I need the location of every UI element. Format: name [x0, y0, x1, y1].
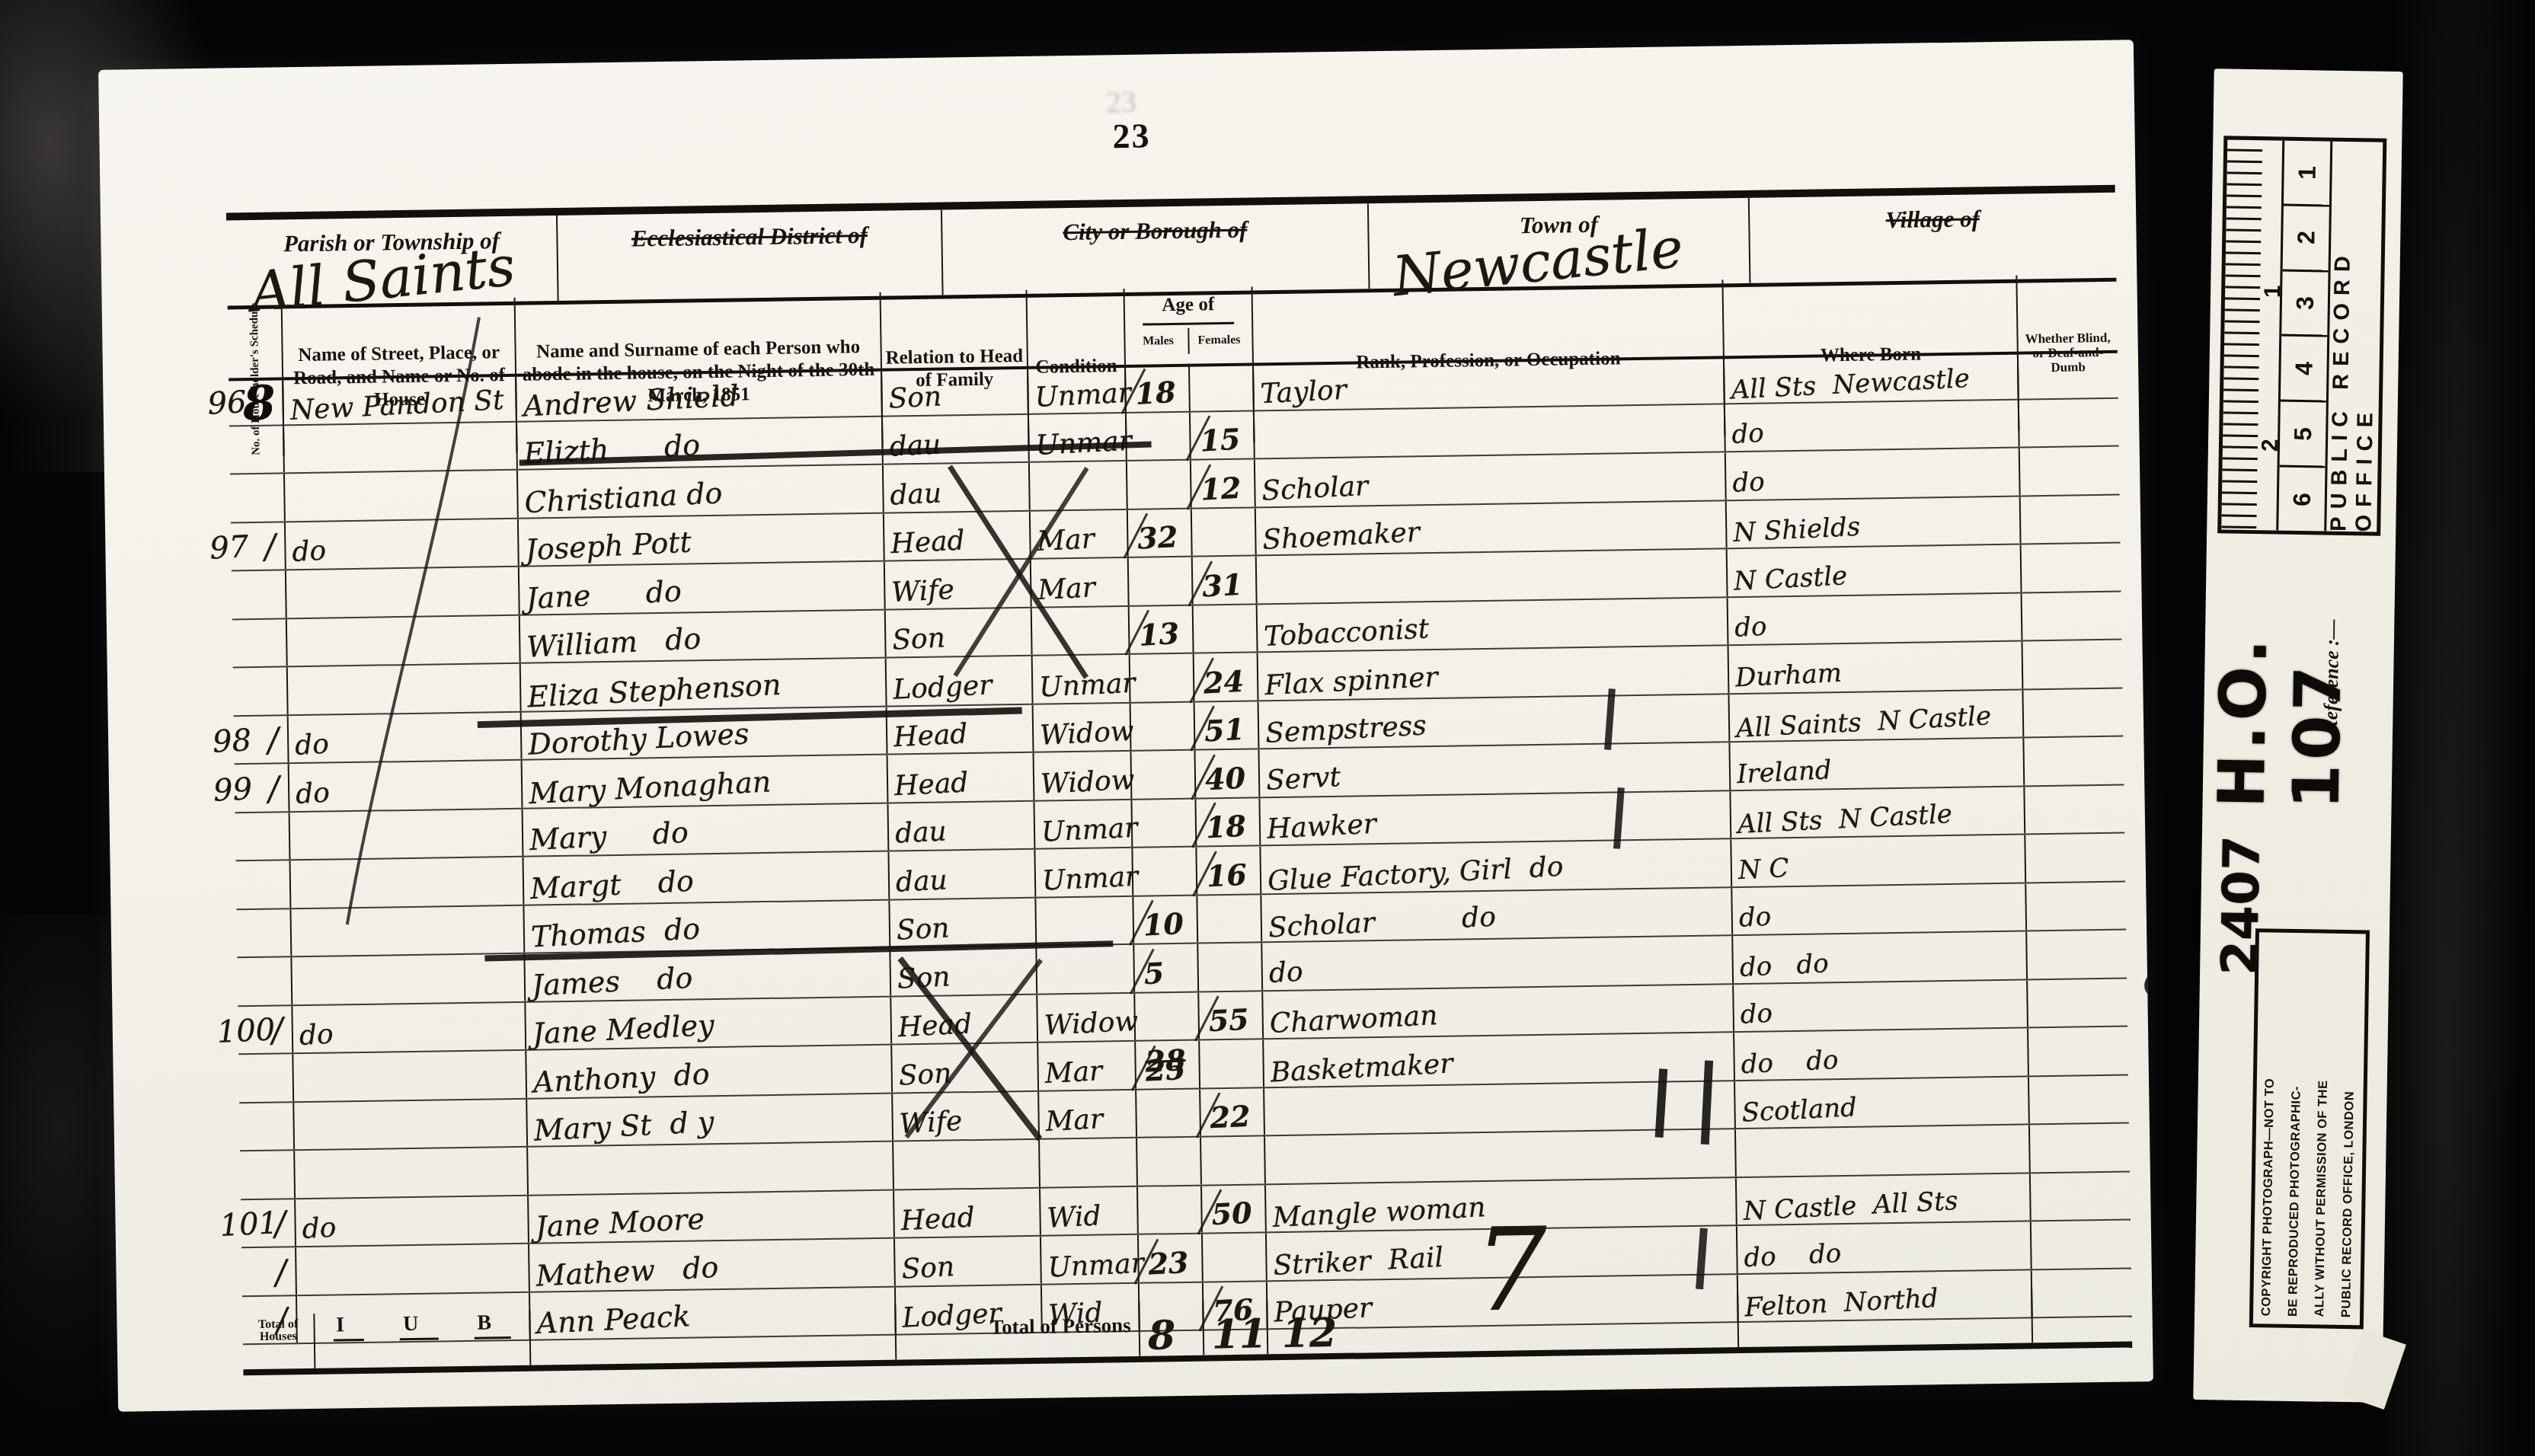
- condition-cell: [1030, 461, 1128, 509]
- street-cell: [285, 471, 519, 521]
- age-male-cell: [1135, 992, 1200, 1040]
- condition-cell: Wid: [1041, 1186, 1139, 1234]
- disability-cell: [2025, 834, 2125, 882]
- name-cell: James do: [525, 949, 891, 1001]
- condition-value: Unmar: [1041, 813, 1138, 848]
- age-female-cell: 55: [1199, 991, 1264, 1039]
- occupation-cell: Charwoman: [1263, 985, 1734, 1039]
- age-male-value: 10: [1143, 906, 1184, 943]
- age-male-cell: 23: [1139, 1234, 1204, 1282]
- relation-cell: Son: [890, 898, 1037, 947]
- street-cell: [284, 422, 518, 472]
- condition-value: Mar: [1044, 1055, 1103, 1090]
- name-cell: [528, 1142, 894, 1195]
- age-male-value: 32: [1136, 519, 1178, 556]
- age-male-cell: [1131, 702, 1196, 750]
- age-male-value: 18: [1134, 375, 1176, 411]
- name-cell: Andrew Shield: [516, 369, 883, 421]
- age-female-value: 31: [1201, 567, 1243, 603]
- ruler-cm-cell: 4: [2281, 337, 2327, 403]
- born-cell: do do: [1733, 931, 2028, 982]
- age-male-cell: [1130, 654, 1195, 702]
- born-cell: All Sts N Castle: [1731, 787, 2025, 838]
- occupation-cell: Tobacconist: [1258, 598, 1729, 652]
- relation-value: Head: [900, 1202, 976, 1237]
- age-female-value: 50: [1210, 1196, 1252, 1232]
- born-value: All Sts Newcastle: [1731, 363, 1971, 406]
- occupation-cell: [1255, 404, 1726, 458]
- ecclesiastical-district-label: Ecclesiastical District of: [558, 221, 941, 254]
- born-cell: do: [1732, 883, 2027, 934]
- condition-cell: [1040, 1138, 1138, 1186]
- age-female-value: 40: [1204, 760, 1246, 797]
- relation-cell: dau: [889, 850, 1036, 899]
- person-name: Anthony do: [532, 1057, 711, 1099]
- relation-cell: Head: [884, 511, 1031, 560]
- name-cell: Jane Moore: [529, 1190, 895, 1243]
- occupation-value: Basketmaker: [1270, 1048, 1454, 1088]
- born-cell: N Castle All Sts: [1737, 1173, 2032, 1225]
- born-cell: N Castle: [1728, 545, 2022, 596]
- condition-value: Wid: [1047, 1200, 1102, 1234]
- copyright-line: ALLY WITHOUT PERMISSION OF THE: [2313, 940, 2333, 1317]
- schedule-cell: 97 ∕: [231, 522, 286, 570]
- born-cell: do do: [1737, 1221, 2032, 1272]
- occupation-cell: [1265, 1129, 1737, 1183]
- relation-value: Son: [901, 1251, 955, 1285]
- schedule-cell: [238, 1054, 294, 1102]
- age-female-value: 16: [1206, 857, 1248, 893]
- condition-cell: Unmar: [1033, 655, 1131, 703]
- age-female-cell: [1190, 362, 1255, 410]
- occupation-value: Striker Rail: [1273, 1242, 1444, 1282]
- condition-cell: Unmar: [1041, 1235, 1140, 1283]
- ruler-inch-scale: 1 2: [2221, 139, 2284, 530]
- condition-cell: Unmar: [1035, 848, 1133, 896]
- condition-value: Widow: [1039, 716, 1134, 752]
- street-cell: [293, 1051, 527, 1101]
- age-male-value: 5: [1143, 955, 1165, 990]
- cm-number: 5: [2289, 427, 2317, 441]
- cm-number: 1: [2293, 165, 2321, 179]
- age-female-cell: 22: [1200, 1088, 1265, 1136]
- grand-total-value: 12: [1281, 1310, 1337, 1357]
- born-value: N Castle All Sts: [1743, 1186, 1959, 1227]
- schedule-cell: [240, 1151, 296, 1199]
- schedule-cell: [232, 570, 287, 618]
- age-male-cell: [1132, 799, 1197, 847]
- street-cell: do: [296, 1196, 529, 1246]
- occupation-value: Scholar: [1261, 470, 1369, 506]
- disability-cell: [2022, 592, 2122, 640]
- name-cell: Mathew do: [529, 1239, 896, 1292]
- age-female-cell: [1192, 508, 1257, 556]
- females-subheader: Females: [1189, 327, 1248, 354]
- schedule-cell: 100 ∕: [238, 1006, 293, 1054]
- name-cell: William do: [520, 610, 887, 663]
- born-value: do do: [1739, 948, 1830, 983]
- street-cell: [292, 954, 526, 1004]
- occupation-value: Glue Factory, Girl do: [1267, 851, 1564, 896]
- relation-value: Head: [890, 525, 965, 560]
- name-cell: Christiana do: [518, 465, 884, 518]
- disability-cell: [2019, 398, 2119, 446]
- copyright-line: PUBLIC RECORD OFFICE, LONDON: [2339, 941, 2360, 1317]
- relation-cell: Wife: [893, 1091, 1040, 1140]
- age-male-cell: [1138, 1186, 1203, 1234]
- relation-cell: dau: [888, 801, 1035, 850]
- table-body: 96 8 New Pandon St Andrew Shield Son Unm…: [229, 350, 2132, 1346]
- uninhabited-label: U: [400, 1311, 439, 1340]
- occupation-value: Mangle woman: [1272, 1192, 1487, 1234]
- check-mark: ∕: [271, 1011, 284, 1050]
- occupation-cell: Shoemaker: [1256, 501, 1728, 555]
- copyright-notice-box: COPYRIGHT PHOTOGRAPH—NOT TOBE REPRODUCED…: [2249, 928, 2370, 1329]
- age-female-cell: 15: [1191, 411, 1255, 459]
- born-cell: N Shields: [1727, 497, 2022, 548]
- born-value: N Castle: [1733, 560, 1848, 596]
- header-town: Town of Newcastle: [1369, 198, 1751, 289]
- condition-value: Widow: [1040, 764, 1135, 800]
- born-value: do: [1731, 418, 1764, 450]
- born-value: do: [1731, 466, 1765, 498]
- total-houses-label: Total of Houses: [242, 1314, 314, 1343]
- check-mark: ∕: [273, 1204, 286, 1244]
- disability-cell: [2028, 1027, 2128, 1075]
- relation-cell: dau: [883, 414, 1030, 463]
- born-cell: [1736, 1125, 2031, 1176]
- person-name: Mathew do: [535, 1250, 720, 1292]
- schedule-cell: ∕: [241, 1247, 297, 1295]
- age-male-struck-value: 28: [1144, 1042, 1186, 1078]
- disability-cell: [2032, 1221, 2131, 1269]
- disability-cell: [2029, 1075, 2129, 1123]
- building-label: B: [474, 1311, 511, 1339]
- person-name: Elizth do: [523, 428, 701, 470]
- age-female-cell: 40: [1195, 749, 1260, 797]
- street-value: New Pandon St: [289, 385, 504, 426]
- occupation-cell: Servt: [1259, 742, 1731, 797]
- pro-reference-strip: 1 2 123456 PUBLIC RECORD OFFICE Referenc…: [2193, 69, 2402, 1403]
- schedule-number: 97: [209, 529, 249, 566]
- relation-cell: Head: [887, 704, 1034, 753]
- occupation-cell: Sempstress: [1259, 694, 1731, 749]
- age-male-cell: 5: [1134, 944, 1199, 992]
- relation-cell: Lodger: [887, 656, 1034, 705]
- name-cell: Dorothy Lowes: [522, 707, 888, 759]
- age-male-cell: 25 28: [1136, 1041, 1200, 1089]
- age-female-cell: 16: [1197, 846, 1261, 894]
- relation-cell: Wife: [885, 560, 1032, 608]
- relation-value: dau: [895, 864, 948, 898]
- cm-number: 4: [2290, 362, 2318, 375]
- person-name: Christiana do: [524, 476, 724, 519]
- occupation-value: Shoemaker: [1261, 517, 1421, 556]
- schedule-number: 96: [206, 385, 247, 421]
- condition-cell: [1036, 896, 1134, 944]
- houses-iub-cell: I U B: [315, 1311, 531, 1368]
- born-value: do: [1734, 611, 1767, 643]
- born-cell: All Saints N Castle: [1729, 690, 2024, 741]
- schedule-cell: [229, 426, 285, 474]
- relation-cell: Son: [882, 366, 1029, 415]
- born-cell: do: [1726, 449, 2021, 500]
- disability-cell: [2028, 979, 2127, 1027]
- condition-cell: Unmar: [1029, 413, 1127, 461]
- inch-number: 1: [2260, 285, 2286, 298]
- schedule-cell: [230, 474, 286, 522]
- person-name: William do: [526, 621, 702, 663]
- occupation-value: do: [1268, 956, 1304, 988]
- microfilm-photo: 23 23 Parish or Township of All Saints E…: [0, 0, 2535, 1456]
- schedule-correction: 8: [241, 374, 277, 431]
- street-cell: New Pandon St: [283, 374, 517, 424]
- street-value: do: [295, 777, 331, 809]
- disability-cell: [2027, 931, 2127, 979]
- cm-number: 2: [2292, 231, 2320, 244]
- totals-spacer: 7: [530, 1305, 897, 1365]
- relation-value: Son: [888, 381, 942, 414]
- condition-value: Unmar: [1035, 426, 1133, 461]
- condition-cell: [1032, 606, 1130, 654]
- name-cell: Thomas do: [524, 900, 890, 953]
- condition-value: Unmar: [1041, 861, 1139, 896]
- total-houses-cell: Total of Houses: [242, 1314, 315, 1369]
- condition-cell: [1037, 945, 1135, 993]
- check-mark: ∕: [267, 769, 280, 809]
- ruler-cm-cell: 6: [2279, 468, 2326, 532]
- village-label: Village of: [1750, 203, 2115, 236]
- schedule-cell: [233, 667, 289, 715]
- occupation-value: Charwoman: [1269, 1000, 1438, 1039]
- age-female-cell: 50: [1202, 1185, 1267, 1233]
- schedule-cell: 101 ∕: [241, 1199, 296, 1247]
- person-name: Jane do: [525, 574, 682, 615]
- street-cell: do: [286, 519, 519, 569]
- street-value: do: [299, 1019, 334, 1052]
- census-sheet: 23 23 Parish or Township of All Saints E…: [98, 40, 2153, 1411]
- age-female-cell: [1198, 943, 1263, 991]
- schedule-cell: [236, 909, 292, 957]
- schedule-number: 100: [216, 1012, 277, 1050]
- age-male-value: 13: [1138, 616, 1180, 653]
- street-cell: [291, 857, 525, 908]
- ruler-cm-cell: 2: [2283, 206, 2329, 272]
- age-male-cell: 10: [1133, 896, 1198, 944]
- condition-cell: Widow: [1037, 993, 1136, 1041]
- person-name: Dorothy Lowes: [527, 717, 750, 761]
- street-cell: [290, 809, 524, 859]
- occupation-cell: Glue Factory, Girl do: [1261, 839, 1732, 893]
- disability-cell: [2021, 495, 2121, 543]
- film-noise: [2384, 0, 2535, 1456]
- occupation-cell: Scholar do: [1261, 888, 1733, 942]
- schedule-cell: [237, 957, 292, 1005]
- age-male-cell: [1132, 751, 1197, 799]
- occupation-value: Servt: [1265, 762, 1341, 797]
- condition-cell: Unmar: [1034, 800, 1133, 848]
- relation-value: Lodger: [892, 669, 993, 705]
- person-name: Jane Medley: [532, 1008, 715, 1051]
- born-value: do: [1738, 902, 1772, 934]
- relation-value: Wife: [899, 1106, 963, 1140]
- relation-value: Son: [897, 961, 951, 995]
- disability-cell: [2031, 1172, 2131, 1220]
- name-cell: Mary do: [523, 803, 890, 856]
- person-name: Mary do: [529, 816, 689, 857]
- street-cell: do: [289, 712, 523, 762]
- born-cell: All Sts Newcastle: [1725, 352, 2019, 403]
- condition-value: Mar: [1036, 523, 1095, 557]
- age-female-value: 18: [1205, 809, 1247, 845]
- age-male-cell: [1133, 848, 1197, 896]
- houses-iub-labels: I U B: [315, 1311, 529, 1342]
- relation-value: Head: [893, 767, 969, 802]
- schedule-cell: 98 ∕: [234, 716, 289, 764]
- born-value: do: [1740, 998, 1773, 1030]
- males-subheader: Males: [1128, 328, 1189, 355]
- ho-class-stamp: H.O. 107: [2204, 525, 2358, 809]
- person-name: Margt do: [529, 864, 695, 905]
- age-subheaders: Males Females: [1128, 327, 1248, 355]
- person-name: Mary Monaghan: [528, 765, 772, 810]
- age-female-cell: [1203, 1233, 1267, 1281]
- total-females-cell: 11: [1204, 1299, 1268, 1355]
- schedule-cell: [232, 619, 288, 667]
- condition-cell: Unmar: [1028, 365, 1127, 413]
- copyright-line: BE REPRODUCED PHOTOGRAPHIC-: [2286, 940, 2306, 1317]
- condition-value: Mar: [1037, 572, 1095, 606]
- name-cell: Elizth do: [517, 417, 884, 469]
- person-name: Eliza Stephenson: [526, 667, 782, 714]
- occupation-value: Sempstress: [1264, 710, 1427, 749]
- name-cell: Jane do: [519, 562, 886, 615]
- relation-cell: [893, 1140, 1041, 1189]
- street-cell: [291, 905, 525, 956]
- street-cell: do: [292, 1002, 526, 1052]
- occupation-value: Scholar do: [1267, 902, 1497, 944]
- header-village: Village of: [1750, 193, 2117, 283]
- check-mark: ∕: [267, 720, 280, 760]
- age-female-cell: 18: [1196, 798, 1261, 846]
- totals-disability-cell: [2032, 1286, 2132, 1343]
- age-female-cell: [1200, 1039, 1264, 1087]
- born-value: N C: [1737, 852, 1789, 885]
- city-borough-label: City or Borough of: [942, 214, 1367, 247]
- street-cell: [286, 567, 520, 618]
- condition-cell: Widow: [1034, 703, 1132, 751]
- street-cell: [288, 664, 522, 714]
- person-name: Jane Moore: [535, 1202, 705, 1244]
- born-cell: N C: [1731, 835, 2026, 886]
- age-male-cell: 13: [1130, 605, 1194, 653]
- disability-cell: [2025, 785, 2124, 833]
- check-mark: ∕: [264, 527, 277, 567]
- born-cell: do: [1725, 400, 2020, 451]
- disability-cell: [2024, 737, 2124, 785]
- disability-cell: [2022, 640, 2122, 688]
- relation-cell: Son: [892, 1043, 1039, 1092]
- person-name: James do: [531, 960, 693, 1001]
- occupation-cell: do: [1262, 936, 1734, 990]
- relation-value: dau: [894, 816, 948, 849]
- ruler-box: 1 2 123456 PUBLIC RECORD OFFICE: [2217, 136, 2386, 535]
- age-female-cell: [1197, 895, 1262, 943]
- condition-cell: Mar: [1031, 509, 1129, 557]
- street-value: do: [302, 1212, 337, 1245]
- relation-cell: dau: [884, 463, 1031, 512]
- schedule-number: 101: [219, 1205, 279, 1244]
- age-female-cell: 12: [1191, 459, 1256, 507]
- age-female-cell: 24: [1194, 653, 1259, 701]
- born-value: Ireland: [1736, 755, 1832, 790]
- ruler-cm-scale: 123456: [2279, 141, 2333, 532]
- occupation-cell: Basketmaker: [1264, 1033, 1735, 1087]
- pro-office-name: PUBLIC RECORD OFFICE: [2326, 142, 2383, 532]
- relation-value: Son: [891, 622, 945, 656]
- born-value: Scotland: [1741, 1092, 1858, 1128]
- strip-torn-corner: [2341, 1330, 2406, 1410]
- born-value: do do: [1743, 1237, 1842, 1272]
- age-male-value: 23: [1147, 1244, 1189, 1281]
- ruler-cm-cell: 1: [2284, 141, 2330, 207]
- condition-value: Unmar: [1034, 377, 1132, 413]
- header-parish: Parish or Township of All Saints: [226, 216, 559, 305]
- occupation-cell: Taylor: [1254, 356, 1725, 410]
- relation-cell: Son: [886, 608, 1033, 656]
- age-male-cell: [1136, 1089, 1201, 1137]
- page-number: 23: [1112, 115, 1151, 156]
- street-cell: do: [289, 761, 523, 811]
- condition-cell: Mar: [1039, 1090, 1137, 1138]
- condition-value: Unmar: [1047, 1247, 1145, 1283]
- schedule-number: 98: [212, 723, 252, 759]
- born-value: Durham: [1734, 657, 1843, 693]
- disability-cell: [2023, 688, 2123, 736]
- ruler-cm-cell: 5: [2280, 402, 2326, 468]
- schedule-cell: [235, 813, 291, 861]
- person-name: Joseph Pott: [524, 525, 692, 567]
- name-cell: Jane Medley: [526, 997, 892, 1049]
- born-value: All Saints N Castle: [1735, 701, 1992, 744]
- street-cell: [287, 615, 521, 666]
- disability-cell: [2022, 544, 2121, 592]
- born-cell: Durham: [1729, 642, 2024, 693]
- relation-value: dau: [889, 429, 942, 462]
- relation-value: Wife: [890, 573, 954, 608]
- disability-cell: [2026, 882, 2126, 930]
- age-male-cell: [1137, 1138, 1202, 1186]
- relation-cell: Head: [891, 995, 1038, 1043]
- person-name: Andrew Shield: [523, 378, 740, 423]
- schedule-cell: 99 ∕: [235, 764, 290, 812]
- condition-value: Unmar: [1038, 667, 1136, 703]
- street-cell: [294, 1099, 528, 1149]
- condition-cell: Widow: [1034, 752, 1133, 800]
- occupation-value: Hawker: [1266, 809, 1377, 845]
- relation-cell: Head: [894, 1188, 1041, 1237]
- totals-born-cell: [1738, 1288, 2033, 1347]
- total-females-value: 11: [1211, 1311, 1267, 1358]
- age-header-rule: [1143, 322, 1234, 326]
- check-mark: ∕: [274, 1253, 287, 1292]
- age-male-cell: 32: [1128, 509, 1193, 557]
- born-cell: Scotland: [1735, 1077, 2030, 1128]
- occupation-value: Flax spinner: [1264, 661, 1438, 701]
- condition-cell: Mar: [1038, 1042, 1136, 1090]
- age-male-cell: [1127, 461, 1192, 509]
- condition-value: Mar: [1045, 1103, 1104, 1138]
